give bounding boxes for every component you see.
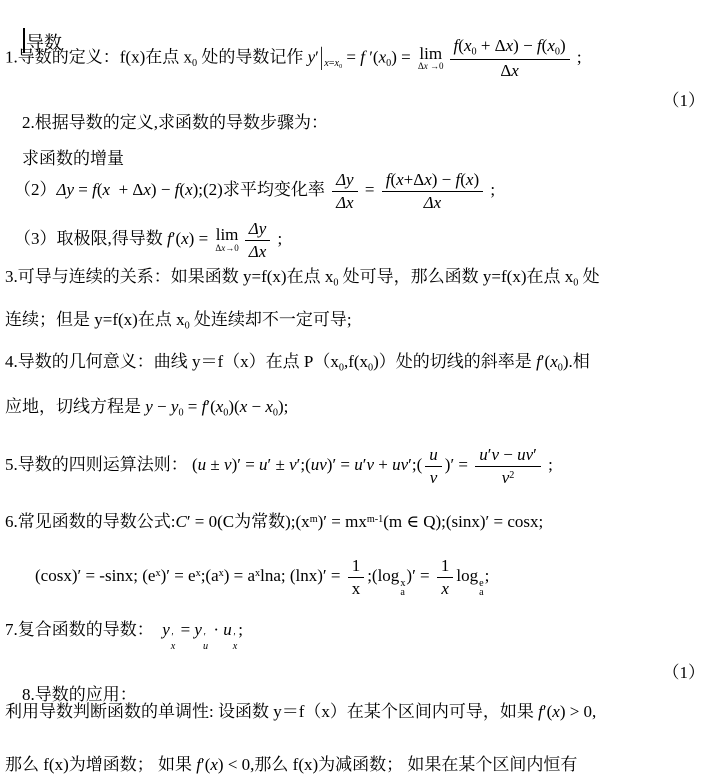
para-3-line2: 连续；但是 y=f(x)在点 x0 处连续却不一定可导;	[5, 309, 711, 333]
para-9-monotonicity-1: 利用导数判断函数的单调性: 设函数 y＝f（x）在某个区间内可导，如果 f′(x…	[5, 701, 711, 723]
para-3-line1: 3.可导与连续的关系：如果函数 y=f(x)在点 x0 处可导，那么函数 y=f…	[5, 266, 711, 290]
right-number-1: （1）	[663, 90, 706, 112]
para-6-formulas-1: 6.常见函数的导数公式:C′ = 0(C为常数);(xm)′ = mxm-1(m…	[5, 511, 711, 533]
para-1-definition: 1.导数的定义：f(x)在点 x0 处的导数记作 y′|x=x0 = f ′(x…	[5, 36, 711, 81]
para-7-composite: 7.复合函数的导数： y′x = y′u · u′x;	[5, 619, 711, 651]
para-increment-text: 求函数的增量	[22, 149, 124, 168]
para-step-2: （2）Δy = f(x + Δx) − f(x);(2)求平均变化率 ΔyΔx …	[14, 170, 711, 212]
para-5-rules: 5.导数的四则运算法则： (u ± v)′ = u′ ± v′;(uv)′ = …	[5, 445, 711, 487]
right-number-2: （1）	[663, 662, 706, 684]
document-page: 导数 1.导数的定义：f(x)在点 x0 处的导数记作 y′|x=x0 = f …	[0, 0, 716, 781]
para-9-monotonicity-2: 那么 f(x)为增函数； 如果 f′(x) < 0,那么 f(x)为减函数； 如…	[5, 754, 711, 776]
para-6-formulas-2: (cosx)′ = -sinx; (ex)′ = ex;(ax) = axlna…	[35, 556, 711, 598]
para-4-line1: 4.导数的几何意义：曲线 y＝f（x）在点 P（x0,f(x0)）处的切线的斜率…	[5, 351, 711, 375]
para-4-line2: 应地，切线方程是 y − y0 = f′(x0)(x − x0);	[5, 396, 711, 420]
para-step-3: （3）取极限,得导数 f′(x) = limΔx→0ΔyΔx ;	[14, 219, 711, 261]
